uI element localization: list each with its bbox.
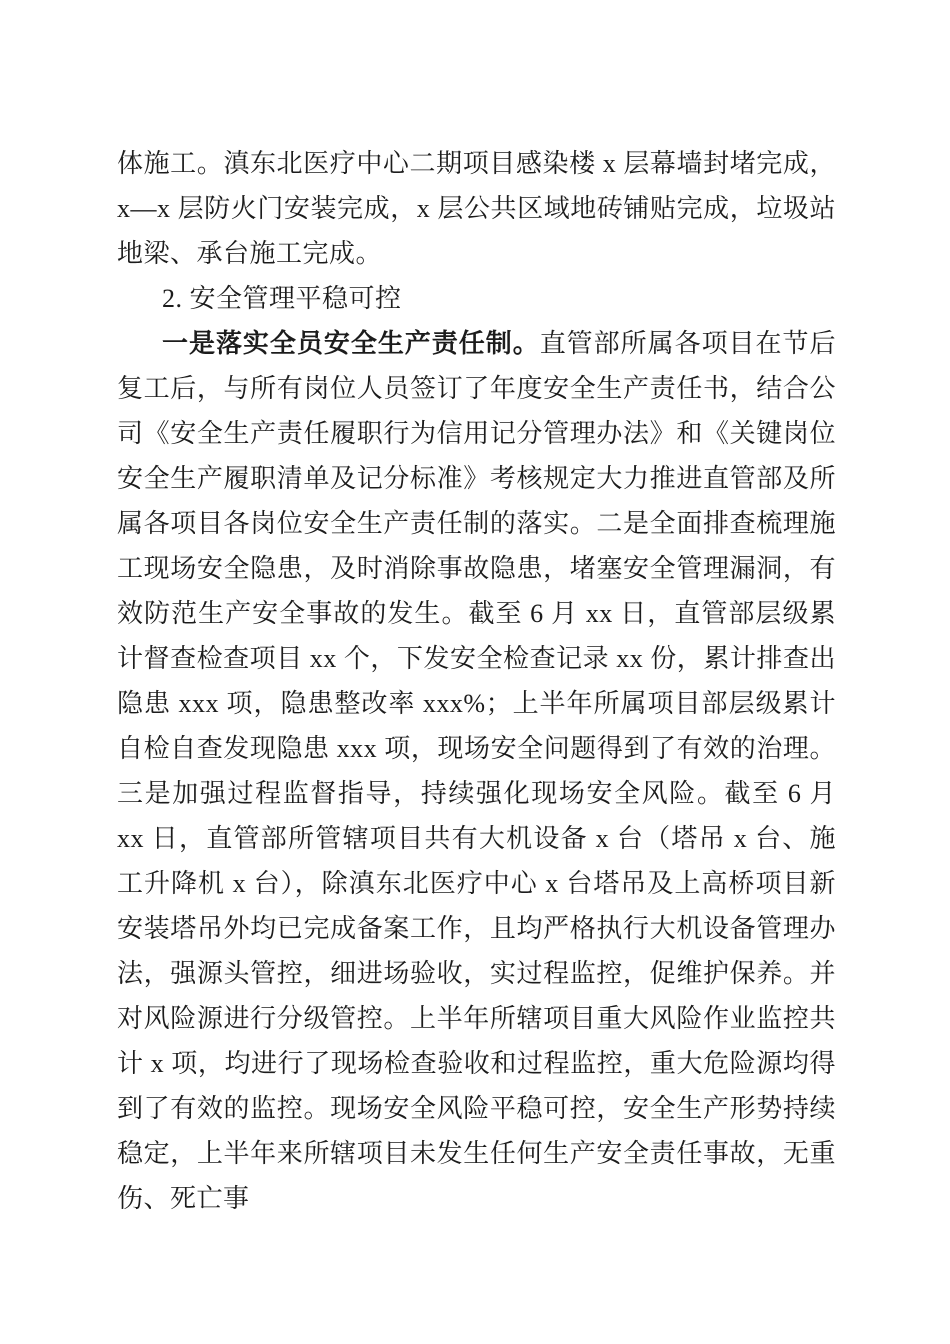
paragraph-lead-bold: 一是落实全员安全生产责任制。 [162, 329, 540, 358]
section-heading-safety-management: 2. 安全管理平稳可控 [117, 276, 836, 321]
paragraph-body-text: 直管部所属各项目在节后复工后，与所有岗位人员签订了年度安全生产责任书，结合公司《… [117, 329, 836, 1213]
document-page: 体施工。滇东北医疗中心二期项目感染楼 x 层幕墙封堵完成，x—x 层防火门安装完… [0, 0, 950, 1344]
paragraph-safety-management: 一是落实全员安全生产责任制。直管部所属各项目在节后复工后，与所有岗位人员签订了年… [117, 321, 836, 1221]
paragraph-construction-progress: 体施工。滇东北医疗中心二期项目感染楼 x 层幕墙封堵完成，x—x 层防火门安装完… [117, 141, 836, 276]
document-content: 体施工。滇东北医疗中心二期项目感染楼 x 层幕墙封堵完成，x—x 层防火门安装完… [117, 141, 836, 1221]
